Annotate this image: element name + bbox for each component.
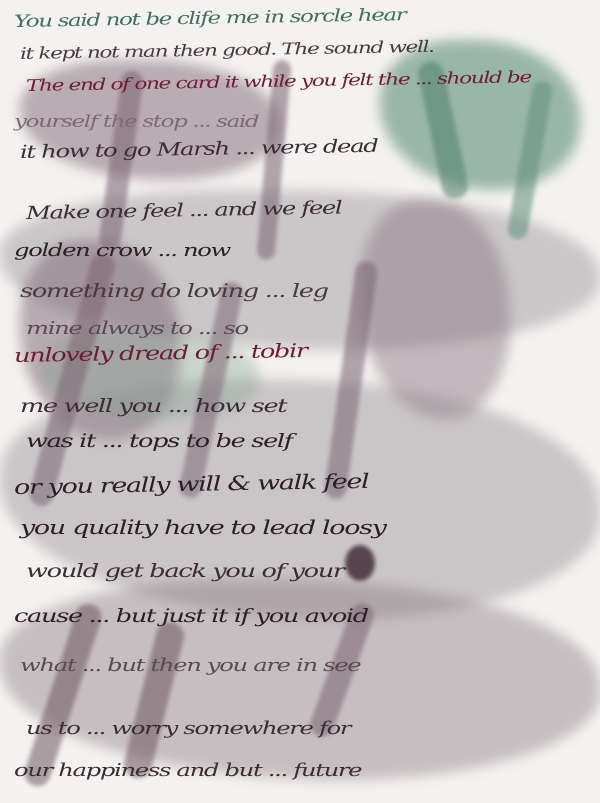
handwritten-line: cause ... but just it if you avoid [14,605,368,627]
handwritten-line: mine always to ... so [26,318,248,339]
watercolor-artwork: You said not be clife me in sorcle heari… [0,0,600,803]
handwritten-line: it kept not man then good. The sound wel… [20,37,434,63]
handwritten-line: you quality have to lead loosy [20,515,386,539]
handwritten-line: us to ... worry somewhere for [26,718,350,739]
ink-blot [345,545,375,581]
green-wash [380,40,580,190]
handwritten-line: You said not be clife me in sorcle hear [14,5,406,32]
handwritten-line: was it ... tops to be self [26,430,292,452]
handwritten-line: something do loving ... leg [20,280,328,302]
handwritten-line: what ... but then you are in see [20,655,360,676]
handwritten-line: me well you ... how set [20,395,286,417]
handwritten-line: would get back you of your [26,560,344,582]
handwritten-line: unlovely dread of ... tobir [14,340,307,367]
handwritten-line: our happiness and but ... future [14,760,361,781]
handwritten-line: yourself the stop ... said [14,112,258,132]
handwritten-line: golden crow ... now [14,240,230,261]
